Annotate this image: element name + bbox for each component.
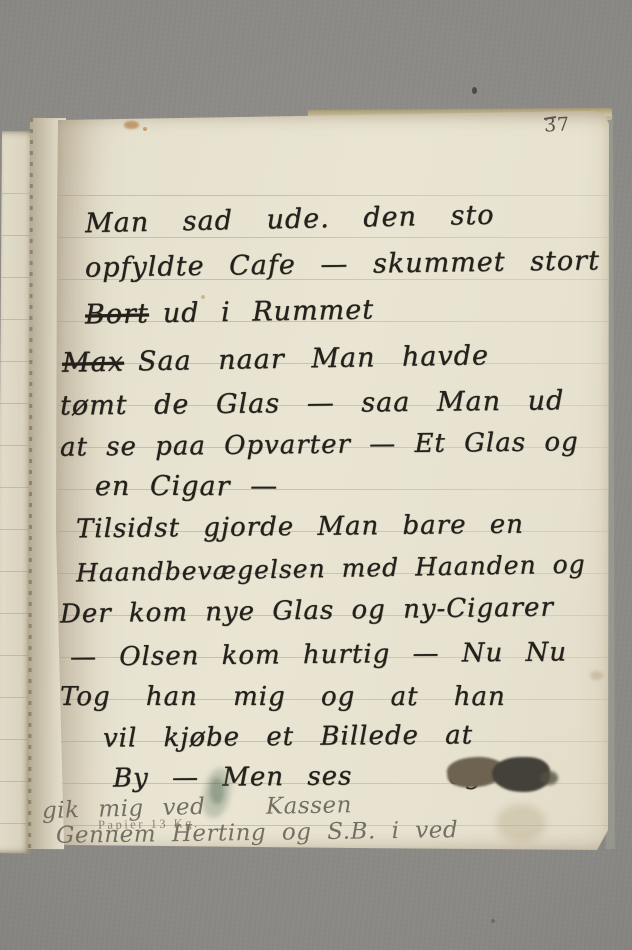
- handwritten-line-pencil: Kassen: [266, 792, 352, 819]
- handwritten-line: Tog han mig og at han: [60, 682, 506, 712]
- struck-word: Max: [62, 347, 125, 379]
- line-text-after-stain: og: [448, 760, 483, 790]
- line-text: ud i Rummet: [163, 294, 375, 329]
- line-text: By — Men ses: [113, 762, 353, 794]
- handwritten-line: Tilsidst gjorde Man bare en: [76, 510, 524, 545]
- struck-word: Bort: [85, 298, 149, 330]
- handwritten-line: Bortud i Rummet: [85, 294, 375, 330]
- paper-imprint-stamp: Papier 13 Kg.: [98, 816, 200, 833]
- handwritten-line: — Olsen kom hurtig — Nu Nu: [70, 637, 567, 672]
- handwritten-line: By — Men sesog: [113, 760, 483, 793]
- photo-scene: Man sad ude. den sto opfyldte Cafe — sku…: [0, 0, 632, 950]
- handwritten-line: tømt de Glas — saa Man ud: [60, 385, 565, 421]
- handwritten-line: opfyldte Cafe — skummet stort: [85, 245, 600, 283]
- line-text: Saa naar Man havde: [138, 340, 490, 377]
- handwritten-line: Man sad ude. den sto: [85, 200, 495, 240]
- handwritten-line: Haandbevægelsen med Haanden og: [76, 550, 586, 588]
- handwritten-line: MaxSaa naar Man havde: [62, 340, 490, 378]
- handwritten-line: at se paa Opvarter — Et Glas og: [60, 427, 579, 462]
- handwritten-line: Der kom nye Glas og ny-Cigarer: [60, 593, 554, 630]
- handwritten-line: en Cigar —: [95, 471, 278, 502]
- handwriting-layer: Man sad ude. den sto opfyldte Cafe — sku…: [0, 0, 632, 950]
- handwritten-line: vil kjøbe et Billede at: [103, 720, 473, 753]
